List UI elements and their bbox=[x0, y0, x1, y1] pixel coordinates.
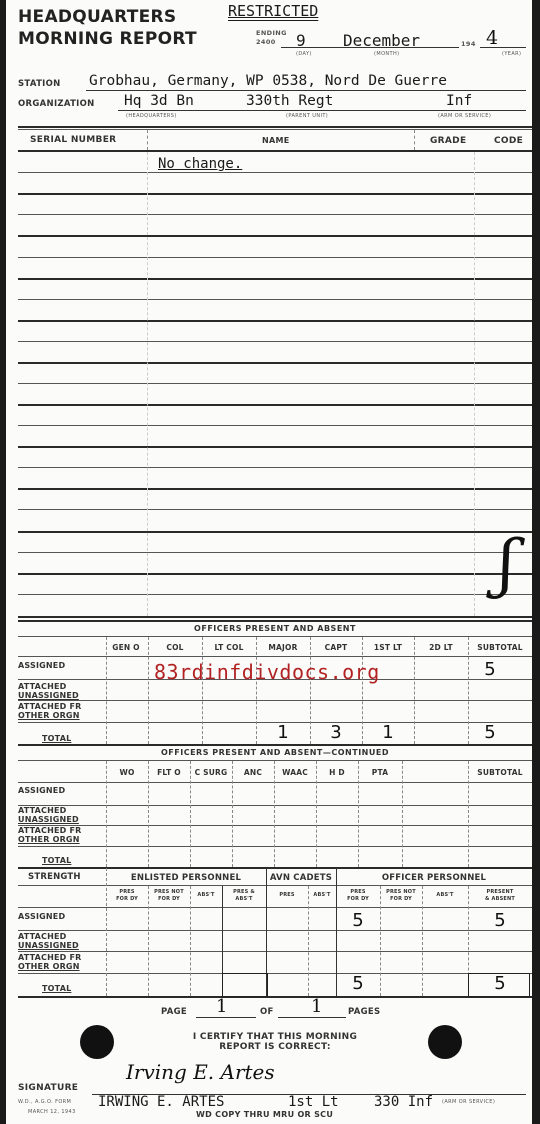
enl-pres-for-dy-2: FOR DY bbox=[116, 896, 138, 902]
morning-report-form: HEADQUARTERS MORNING REPORT RESTRICTED E… bbox=[6, 0, 532, 1124]
col-subtotal: SUBTOTAL bbox=[468, 643, 532, 652]
signer-arm-caption: (ARM OR SERVICE) bbox=[442, 1099, 495, 1105]
col-grade: GRADE bbox=[430, 136, 466, 146]
strength-total-officer-pres: 5 bbox=[348, 973, 368, 994]
officers-total-major: 1 bbox=[273, 722, 293, 743]
avn-abst: ABS'T bbox=[313, 892, 330, 898]
officers-top-rule bbox=[18, 620, 532, 622]
officers-bottom-rule bbox=[18, 744, 532, 746]
watermark: 83rdinfdivdocs.org bbox=[154, 660, 380, 684]
officer-personnel-title: OFFICER PERSONNEL bbox=[336, 873, 532, 883]
col-col: COL bbox=[148, 643, 202, 652]
roster-divider bbox=[414, 130, 415, 150]
officers-cont-header-rule bbox=[18, 782, 532, 783]
col-major: MAJOR bbox=[256, 643, 310, 652]
enl-pres-abs-2: ABS'T bbox=[235, 896, 252, 902]
strength-row-other-orgn: OTHER ORGN bbox=[18, 962, 80, 971]
strength-label: STRENGTH bbox=[28, 873, 81, 882]
enl-pres-abs-1: PRES & bbox=[233, 889, 255, 895]
row-rule bbox=[18, 930, 532, 931]
col-cont-subtotal: SUBTOTAL bbox=[468, 768, 532, 777]
report-year-digit: 4 bbox=[486, 27, 498, 49]
off-abst: ABS'T bbox=[436, 892, 453, 898]
signer-grade: 1st Lt bbox=[288, 1094, 339, 1110]
page-label: PAGE bbox=[161, 1007, 187, 1017]
row-rule bbox=[18, 951, 532, 952]
officers-total-subtotal: 5 bbox=[480, 722, 500, 743]
strength-assigned-officer-pres: 5 bbox=[348, 910, 368, 931]
organization-parent-unit: 330th Regt bbox=[246, 93, 333, 109]
enl-pres-not-1: PRES NOT bbox=[154, 889, 184, 895]
col-capt: CAPT bbox=[310, 643, 362, 652]
roster-entry: No change. bbox=[158, 156, 242, 172]
organization-arm: Inf bbox=[446, 93, 472, 109]
avn-pres: PRES bbox=[279, 892, 294, 898]
station-value: Grobhau, Germany, WP 0538, Nord De Guerr… bbox=[89, 73, 447, 89]
strength-title-rule bbox=[18, 885, 532, 886]
cont-row-assigned: ASSIGNED bbox=[18, 786, 65, 795]
col-h-d: H D bbox=[316, 768, 358, 777]
station-label: STATION bbox=[18, 79, 61, 89]
cont-row-attached: ATTACHED bbox=[18, 806, 67, 815]
row-rule bbox=[18, 825, 532, 826]
roster-top-rule bbox=[18, 126, 532, 128]
strength-assigned-officer-total: 5 bbox=[490, 910, 510, 931]
col-2d-lt: 2D LT bbox=[414, 643, 468, 652]
off-present-absent-1: PRESENT bbox=[487, 889, 514, 895]
officers-cont-title-rule bbox=[18, 760, 532, 761]
officers-assigned-subtotal: 5 bbox=[480, 659, 500, 680]
officers-cont-title: OFFICERS PRESENT AND ABSENT—CONTINUED bbox=[18, 748, 532, 757]
avn-cadets-title: AVN CADETS bbox=[266, 873, 336, 883]
col-wo: WO bbox=[106, 768, 148, 777]
hq-caption: (HEADQUARTERS) bbox=[126, 113, 177, 119]
organization-underline bbox=[118, 110, 526, 111]
off-pres-not-2: FOR DY bbox=[390, 896, 412, 902]
form-title-morning-report: MORNING REPORT bbox=[18, 29, 197, 49]
of-label: OF bbox=[260, 1007, 274, 1017]
strength-total-officer-total: 5 bbox=[490, 973, 510, 994]
report-month: December bbox=[343, 31, 420, 50]
row-rule bbox=[18, 973, 532, 974]
roster-header-rule bbox=[18, 150, 532, 152]
form-number: W.D., A.G.O. FORM bbox=[18, 1099, 71, 1105]
pages-label: PAGES bbox=[348, 1007, 380, 1017]
officers-total-capt: 3 bbox=[326, 722, 346, 743]
col-code: CODE bbox=[494, 136, 523, 146]
ending-time-label: 2400 bbox=[256, 38, 276, 46]
col-gen-o: GEN O bbox=[106, 643, 146, 652]
signer-name: IRWING E. ARTES bbox=[98, 1094, 224, 1110]
enl-abst: ABS'T bbox=[197, 892, 214, 898]
cont-row-attached-fr: ATTACHED FR bbox=[18, 826, 82, 835]
copy-note: WD COPY THRU MRU OR SCU bbox=[196, 1110, 333, 1119]
enl-pres-for-dy-1: PRES bbox=[119, 889, 134, 895]
total-pages: 1 bbox=[311, 996, 322, 1017]
row-rule bbox=[18, 700, 532, 701]
col-c-surg: C SURG bbox=[190, 768, 232, 777]
page-underline bbox=[196, 1017, 256, 1018]
off-present-absent-2: & ABSENT bbox=[485, 896, 515, 902]
officers-header-rule bbox=[18, 656, 532, 657]
strength-bottom-rule bbox=[18, 996, 532, 998]
total-pages-underline bbox=[278, 1017, 346, 1018]
margin-mark: ʃ bbox=[498, 532, 515, 596]
off-pres-for-dy-1: PRES bbox=[350, 889, 365, 895]
row-rule bbox=[18, 805, 532, 806]
col-lt-col: LT COL bbox=[202, 643, 256, 652]
cont-row-total: TOTAL bbox=[42, 856, 71, 865]
classification-stamp: RESTRICTED bbox=[228, 2, 318, 20]
arm-caption: (ARM OR SERVICE) bbox=[438, 113, 491, 119]
officers-total-1st-lt: 1 bbox=[378, 722, 398, 743]
signer-unit: 330 Inf bbox=[374, 1094, 433, 1110]
off-pres-for-dy-2: FOR DY bbox=[347, 896, 369, 902]
form-title-headquarters: HEADQUARTERS bbox=[18, 7, 176, 27]
enlisted-total-box bbox=[222, 973, 268, 997]
roster-divider bbox=[147, 130, 148, 150]
row-total: TOTAL bbox=[42, 734, 71, 743]
col-flt-o: FLT O bbox=[148, 768, 190, 777]
strength-row-assigned: ASSIGNED bbox=[18, 912, 65, 921]
certify-line-1: I CERTIFY THAT THIS MORNING bbox=[18, 1032, 532, 1042]
off-pres-not-1: PRES NOT bbox=[386, 889, 416, 895]
strength-row-attached: ATTACHED bbox=[18, 932, 67, 941]
row-other-orgn-label: OTHER ORGN bbox=[18, 711, 80, 720]
row-attached-label: ATTACHED bbox=[18, 682, 67, 691]
officers-section-title: OFFICERS PRESENT AND ABSENT bbox=[18, 624, 532, 633]
year-prefix: 194 bbox=[461, 40, 476, 48]
officers-title-rule bbox=[18, 636, 532, 637]
station-underline bbox=[86, 90, 526, 91]
officers-cont-bottom-rule bbox=[18, 867, 532, 869]
enlisted-personnel-title: ENLISTED PERSONNEL bbox=[106, 873, 266, 883]
certify-line-2: REPORT IS CORRECT: bbox=[18, 1042, 532, 1052]
col-1st-lt: 1ST LT bbox=[362, 643, 414, 652]
col-serial-number: SERIAL NUMBER bbox=[30, 135, 116, 145]
roster-top-rule-2 bbox=[18, 129, 532, 130]
row-assigned: ASSIGNED bbox=[18, 661, 65, 670]
cont-row-other-orgn: OTHER ORGN bbox=[18, 835, 80, 844]
year-caption: (YEAR) bbox=[502, 51, 521, 57]
col-pta: PTA bbox=[358, 768, 402, 777]
parent-unit-caption: (PARENT UNIT) bbox=[286, 113, 328, 119]
strength-header-rule bbox=[18, 907, 532, 908]
report-day: 9 bbox=[296, 31, 306, 50]
col-waac: WAAC bbox=[274, 768, 316, 777]
handwritten-signature: Irving E. Artes bbox=[126, 1060, 275, 1084]
col-name: NAME bbox=[262, 136, 290, 145]
enl-pres-not-2: FOR DY bbox=[158, 896, 180, 902]
month-caption: (MONTH) bbox=[374, 51, 400, 57]
ending-label: ENDING bbox=[256, 29, 287, 37]
strength-row-attached-fr: ATTACHED FR bbox=[18, 953, 82, 962]
organization-headquarters: Hq 3d Bn bbox=[124, 93, 194, 109]
row-attached-fr-label: ATTACHED FR bbox=[18, 702, 82, 711]
organization-label: ORGANIZATION bbox=[18, 99, 95, 109]
day-caption: (DAY) bbox=[296, 51, 312, 57]
strength-row-total: TOTAL bbox=[42, 984, 71, 993]
page-number: 1 bbox=[216, 996, 227, 1017]
col-anc: ANC bbox=[232, 768, 274, 777]
strength-row-unassigned: UNASSIGNED bbox=[18, 941, 79, 950]
row-unassigned-label: UNASSIGNED bbox=[18, 691, 79, 700]
signature-label: SIGNATURE bbox=[18, 1083, 78, 1093]
row-rule bbox=[18, 846, 532, 847]
form-date: MARCH 12, 1943 bbox=[28, 1109, 76, 1115]
cont-row-unassigned: UNASSIGNED bbox=[18, 815, 79, 824]
